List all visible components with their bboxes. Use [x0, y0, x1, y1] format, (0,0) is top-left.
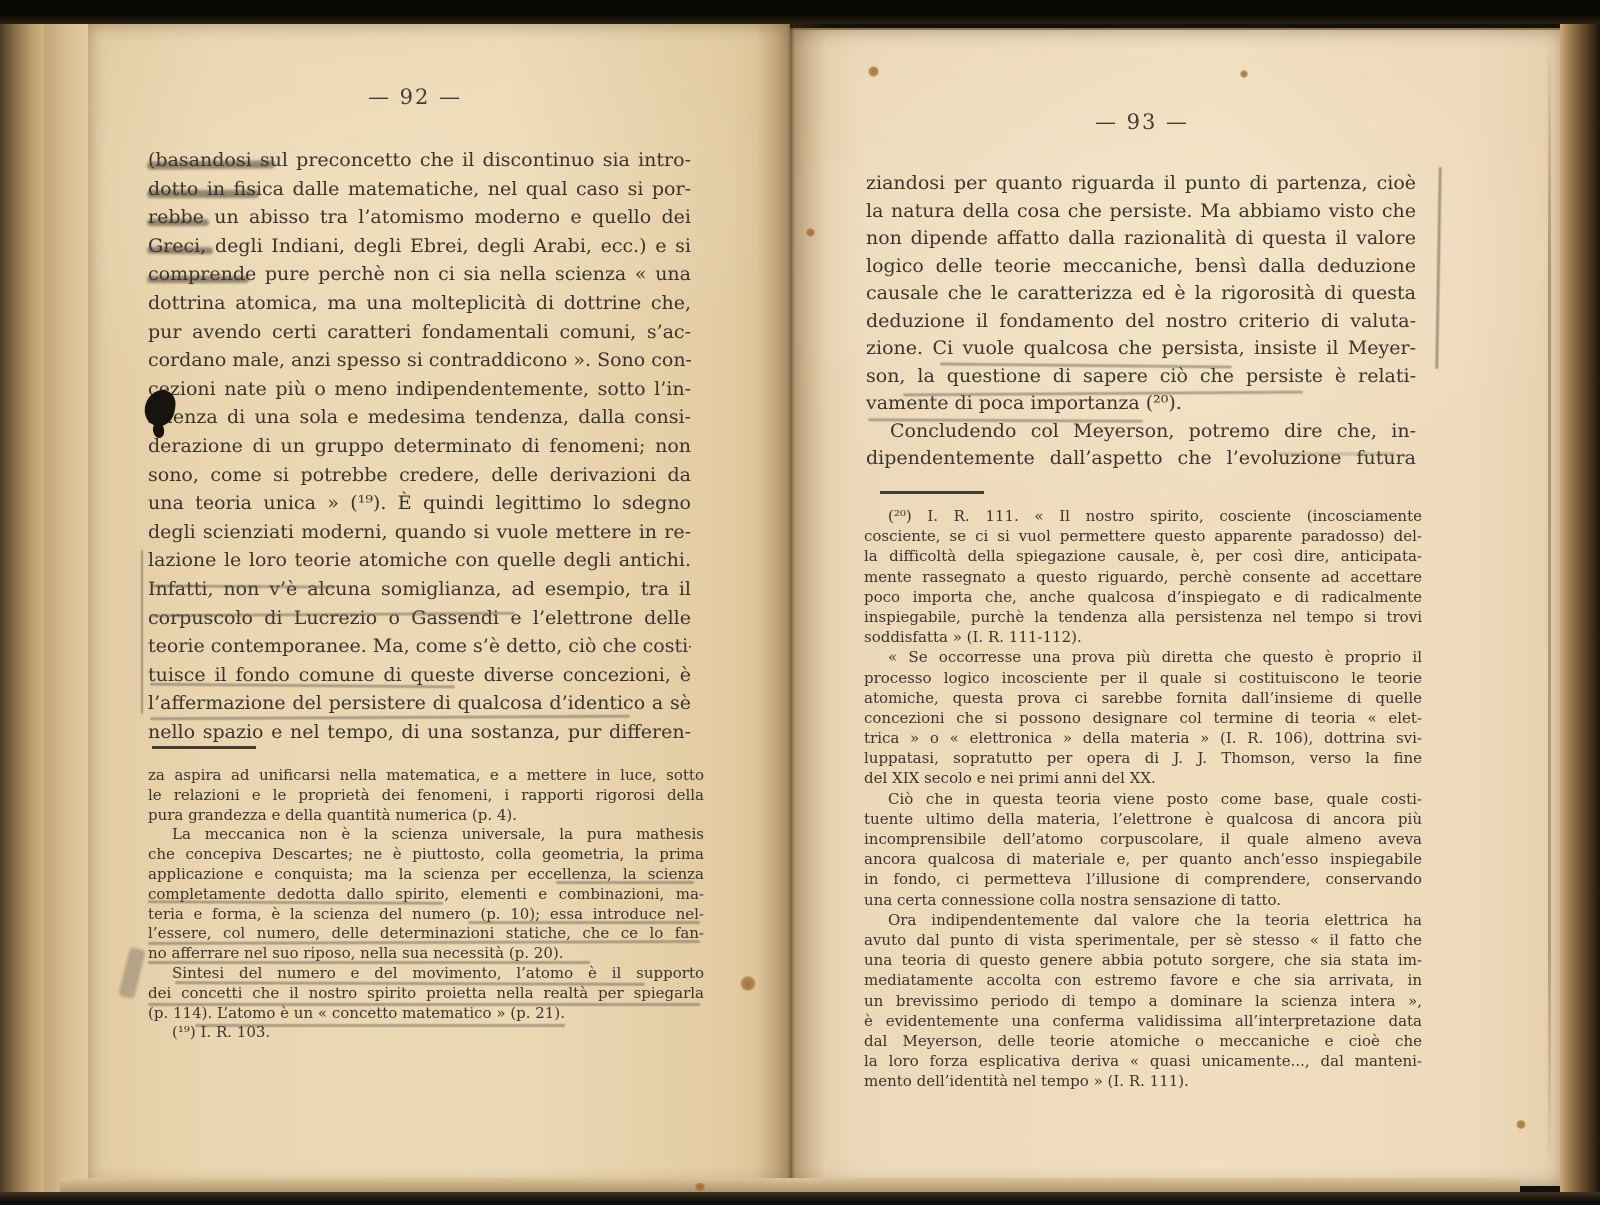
text-line: mente rassegnato a questo riguardo, perc…	[864, 567, 1422, 587]
foxing-spot	[1516, 1120, 1526, 1129]
text-line: poco importa che, anche qualcosa d’inspi…	[864, 587, 1422, 607]
foxing-spot	[740, 976, 756, 991]
page-crease	[1548, 40, 1551, 1170]
text-line: cordano male, anzi spesso si contraddico…	[148, 346, 691, 375]
text-line: dipendentemente dall’aspetto che l’evolu…	[866, 445, 1416, 473]
text-line: (p. 114). L’atomo è un « concetto matema…	[148, 1004, 704, 1024]
pencil-mark	[147, 276, 249, 283]
text-line: zione. Ci vuole qualcosa che persista, i…	[866, 335, 1416, 363]
text-line: pura grandezza e della quantità numerica…	[148, 806, 704, 826]
text-line: teorie contemporanee. Ma, come s’è detto…	[148, 632, 691, 661]
text-line: sono, come si potrebbe credere, delle de…	[148, 461, 691, 490]
text-line: incomprensibile dell’atomo corpuscolare,…	[864, 829, 1422, 849]
pencil-mark	[147, 190, 259, 198]
text-line: concezioni che si possono designare col …	[864, 708, 1422, 728]
text-line: « Se occorresse una prova più diretta ch…	[864, 647, 1422, 667]
text-line: cosciente, se ci si vuol permettere ques…	[864, 526, 1422, 546]
text-line: causale che le caratterizza ed è la rigo…	[866, 280, 1416, 308]
text-line: lazione le loro teorie atomiche con quel…	[148, 546, 691, 575]
text-line: mento dell’identità nel tempo » (I. R. 1…	[864, 1071, 1422, 1091]
text-line: le relazioni e le proprietà dei fenomeni…	[148, 786, 704, 806]
text-line: la natura della cosa che persiste. Ma ab…	[866, 198, 1416, 226]
pencil-underline	[556, 881, 694, 884]
book-left-page-stack-edge	[0, 0, 44, 1205]
foxing-spot	[868, 66, 879, 77]
text-line: rebbe un abisso tra l’atomismo moderno e…	[148, 203, 691, 232]
text-line: dotto in fisica dalle matematiche, nel q…	[148, 175, 691, 204]
pencil-underline	[148, 1003, 700, 1006]
text-line: Ora indipendentemente dal valore che la …	[864, 910, 1422, 930]
text-line: non dipende affatto dalla razionalità di…	[866, 225, 1416, 253]
text-line: comprende pure perchè non ci sia nella s…	[148, 260, 691, 289]
foxing-spot	[694, 1183, 706, 1191]
text-line: dei concetti che il nostro spirito proie…	[148, 984, 704, 1004]
text-line: logico delle teorie meccaniche, bensì da…	[866, 253, 1416, 281]
footnote-separator	[880, 491, 984, 494]
foxing-spot	[806, 228, 815, 237]
text-line: la difficoltà della spiegazione causale,…	[864, 546, 1422, 566]
text-line: soddisfatta » (I. R. 111-112).	[864, 627, 1422, 647]
book-gutter-shadow	[756, 24, 826, 1186]
text-line: pur avendo certi caratteri fondamentali …	[148, 318, 691, 347]
text-line: za aspira ad unificarsi nella matematica…	[148, 766, 704, 786]
book-bottom-shadow	[0, 1192, 1600, 1205]
text-line: che concepiva Descartes; ne è piuttosto,…	[148, 845, 704, 865]
text-line: Greci, degli Indiani, degli Ebrei, degli…	[148, 232, 691, 261]
text-line: deduzione il fondamento del nostro crite…	[866, 308, 1416, 336]
page-number-92: — 92 —	[295, 85, 535, 109]
pencil-underline	[468, 921, 700, 924]
page-92-main-text: (basandosi sul preconcetto che il discon…	[148, 146, 691, 746]
text-line: corpuscolo di Lucrezio o Gassendi e l’el…	[148, 604, 691, 633]
text-line: atomiche, questa prova ci sarebbe fornit…	[864, 688, 1422, 708]
text-line: mediatamente accolta con estremo favore …	[864, 970, 1422, 990]
text-line: avuto dal punto di vista sperimentale, p…	[864, 930, 1422, 950]
pencil-underline	[148, 961, 590, 964]
text-line: (²⁰) I. R. 111. « Il nostro spirito, cos…	[864, 506, 1422, 526]
pencil-underline	[195, 1024, 565, 1027]
text-line: degli scienziati moderni, quando si vuol…	[148, 518, 691, 547]
pencil-margin-line	[141, 550, 143, 714]
pencil-mark	[147, 219, 209, 226]
book-photo: — 92 — (basandosi sul preconcetto che il…	[0, 0, 1600, 1205]
text-line: una teoria unica » (¹⁹). È quindi legitt…	[148, 489, 691, 518]
text-line: luppatasi, sopratutto per opera di J. J.…	[864, 748, 1422, 768]
text-line: l’affermazione del persistere di qualcos…	[148, 689, 691, 718]
page-93-footnote-text: (²⁰) I. R. 111. « Il nostro spirito, cos…	[864, 506, 1422, 1091]
text-line: La meccanica non è la scienza universale…	[148, 825, 704, 845]
text-line: trica » o « elettronica » della materia …	[864, 728, 1422, 748]
book-left-page-stack-edge-inner	[44, 18, 94, 1205]
foxing-spot	[1240, 70, 1248, 78]
text-line: una teoria di questo genere abbia potuto…	[864, 950, 1422, 970]
pencil-smudge	[1275, 452, 1395, 456]
book-right-cover-edge	[1560, 0, 1600, 1205]
text-line: dal Meyerson, delle teorie atomiche o me…	[864, 1031, 1422, 1051]
text-line: cezioni nate più o meno indipendentement…	[148, 375, 691, 404]
text-line: inspiegabile, purchè la tendenza alla pe…	[864, 607, 1422, 627]
text-line: ziandosi per quanto riguarda il punto di…	[866, 170, 1416, 198]
text-line: ancora qualcosa di materiale e, per quan…	[864, 849, 1422, 869]
text-line: derazione di un gruppo determinato di fe…	[148, 432, 691, 461]
pencil-mark	[147, 160, 275, 169]
text-line: in fondo, ci permetteva l’illusione di c…	[864, 869, 1422, 889]
text-line: un brevissimo periodo di tempo a dominar…	[864, 991, 1422, 1011]
page-number-93: — 93 —	[1022, 110, 1262, 134]
book-top-cover-edge	[0, 0, 1600, 24]
text-line: nello spazio e nel tempo, di una sostanz…	[148, 718, 691, 747]
footnote-separator	[152, 746, 256, 749]
page-93-main-text: ziandosi per quanto riguarda il punto di…	[866, 170, 1416, 473]
pencil-mark	[147, 247, 213, 255]
text-line: è evidentemente una conferma validissima…	[864, 1011, 1422, 1031]
text-line: Ciò che in questa teoria viene posto com…	[864, 789, 1422, 809]
text-line: del XIX secolo e nei primi anni del XX.	[864, 768, 1422, 788]
text-line: una certa connessione colla nostra sensa…	[864, 890, 1422, 910]
text-line: fluenza di una sola e medesima tendenza,…	[148, 403, 691, 432]
text-line: tuente ultimo della materia, l’elettrone…	[864, 809, 1422, 829]
text-line: Infatti, non v’è alcuna somiglianza, ad …	[148, 575, 691, 604]
text-line: processo logico incosciente per il quale…	[864, 668, 1422, 688]
text-line: dottrina atomica, ma una molteplicità di…	[148, 289, 691, 318]
text-line: la loro forza esplicativa deriva « quasi…	[864, 1051, 1422, 1071]
